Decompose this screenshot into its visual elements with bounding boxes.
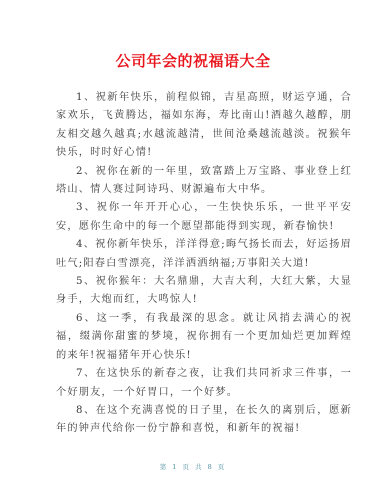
document-page: 公司年会的祝福语大全 1、祝新年快乐，前程似锦，吉星高照，财运亨通，合家欢乐，飞… [0,0,386,500]
paragraph-4: 4、祝你新年快乐，洋洋得意;晦气扬长而去，好运扬眉吐气;阳春白雪漂亮，洋洋洒洒纳… [56,236,352,273]
document-body: 1、祝新年快乐，前程似锦，吉星高照，财运亨通，合家欢乐，飞黄腾达，福如东海，寿比… [56,89,352,439]
document-title: 公司年会的祝福语大全 [0,50,386,71]
paragraph-8: 8、在这个充满喜悦的日子里，在长久的离别后，愿新年的钟声代给你一份宁静和喜悦，和… [56,402,352,439]
paragraph-1: 1、祝新年快乐，前程似锦，吉星高照，财运亨通，合家欢乐，飞黄腾达，福如东海，寿比… [56,89,352,163]
paragraph-3: 3、祝你一年开开心心，一生快快乐乐，一世平平安安，愿你生命中的每一个愿望都能得到… [56,199,352,236]
page-indicator: 第 1 页 共 8 页 [0,462,386,471]
paragraph-6: 6、这一季，有我最深的思念。就让风捎去满心的祝福，缀满你甜蜜的梦境，祝你拥有一个… [56,310,352,365]
paragraph-7: 7、在这快乐的新春之夜，让我们共同祈求三件事，一个好朋友，一个好胃口，一个好梦。 [56,365,352,402]
paragraph-2: 2、祝你在新的一年里，致富踏上万宝路、事业登上红塔山、情人赛过阿诗玛、财源遍布大… [56,163,352,200]
paragraph-5: 5、祝你猴年：大名鼎鼎，大吉大利，大红大紫，大显身手，大炮而红，大鸣惊人! [56,273,352,310]
